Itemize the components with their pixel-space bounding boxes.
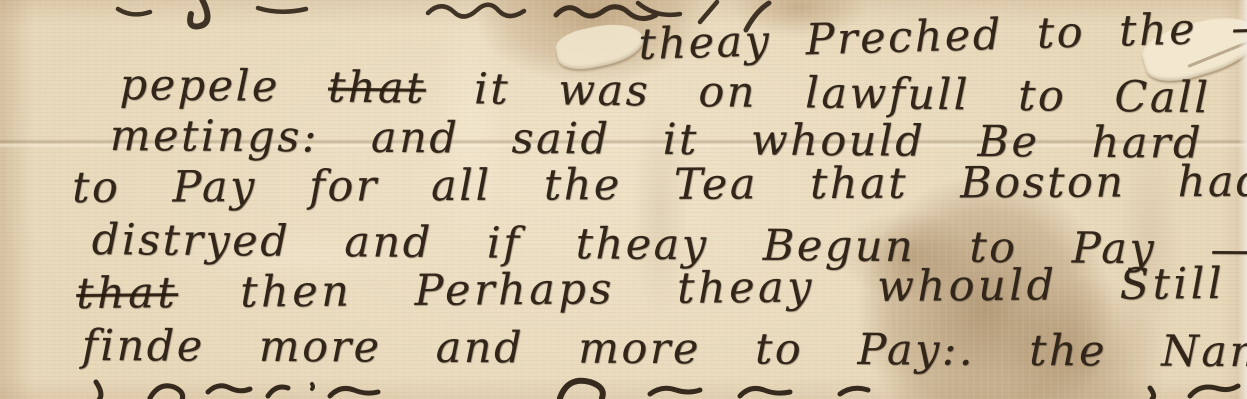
letter-text: theay Preched to the — [638,2,1247,70]
letter-line-6: that then Perhaps theay whould Still [76,261,1225,318]
letter-text: then Perhaps theay whould Still [178,259,1225,318]
letter-line-1: theay Preched to the — [638,4,1247,69]
letter-text: finde more and more to Pay:. the Name [82,321,1247,377]
letter-line-4: to Pay for all the Tea that Boston had [72,159,1247,213]
struck-word: that [328,63,426,114]
struck-word: that [76,268,178,319]
letter-text: to Pay for all the Tea that Boston had [72,157,1247,213]
manuscript-page: theay Preched to the — pepele that it wa… [0,0,1247,399]
letter-text: pepele [119,60,328,113]
letter-line-7: finde more and more to Pay:. the Name [82,323,1247,377]
